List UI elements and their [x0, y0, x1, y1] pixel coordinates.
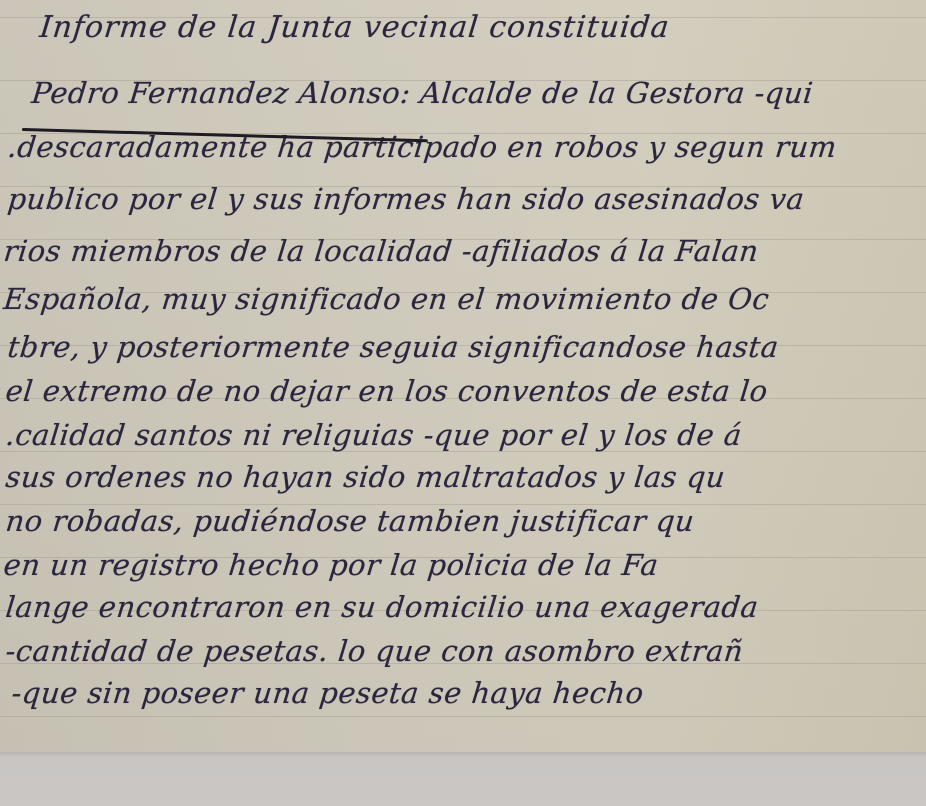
text-line-9: sus ordenes no hayan sido maltratados y …: [4, 460, 727, 494]
text-line-1-rest: Alcalde de la Gestora -qui: [409, 76, 815, 110]
text-line-12: lange encontraron en su domicilio una ex…: [4, 590, 760, 624]
subject-name: Pedro Fernandez Alonso:: [30, 76, 412, 110]
handwritten-text: Informe de la Junta vecinal constituida …: [0, 0, 926, 752]
text-line-5: Española, muy significado en el movimien…: [2, 282, 771, 316]
text-line-3: publico por el y sus informes han sido a…: [6, 182, 806, 216]
document-title: Informe de la Junta vecinal constituida: [38, 10, 671, 45]
text-line-10: no robadas, pudiéndose tambien justifica…: [4, 504, 696, 538]
text-line-7: el extremo de no dejar en los conventos …: [4, 374, 770, 408]
text-line-11: en un registro hecho por la policia de l…: [2, 548, 660, 582]
text-line-4: rios miembros de la localidad -afiliados…: [2, 234, 760, 268]
background-surface: [0, 752, 926, 806]
text-line-1: Pedro Fernandez Alonso: Alcalde de la Ge…: [30, 76, 926, 110]
photo-stage: Informe de la Junta vecinal constituida …: [0, 0, 926, 806]
text-line-13: -cantidad de pesetas. lo que con asombro…: [4, 634, 745, 668]
text-line-8: .calidad santos ni religuias -que por el…: [4, 418, 744, 452]
text-line-2: .descaradamente ha participado en robos …: [6, 130, 839, 164]
handwritten-page: Informe de la Junta vecinal constituida …: [0, 0, 926, 752]
text-line-14: -que sin poseer una peseta se haya hecho: [10, 676, 645, 710]
text-line-6: tbre, y posteriormente seguia significan…: [6, 330, 780, 364]
